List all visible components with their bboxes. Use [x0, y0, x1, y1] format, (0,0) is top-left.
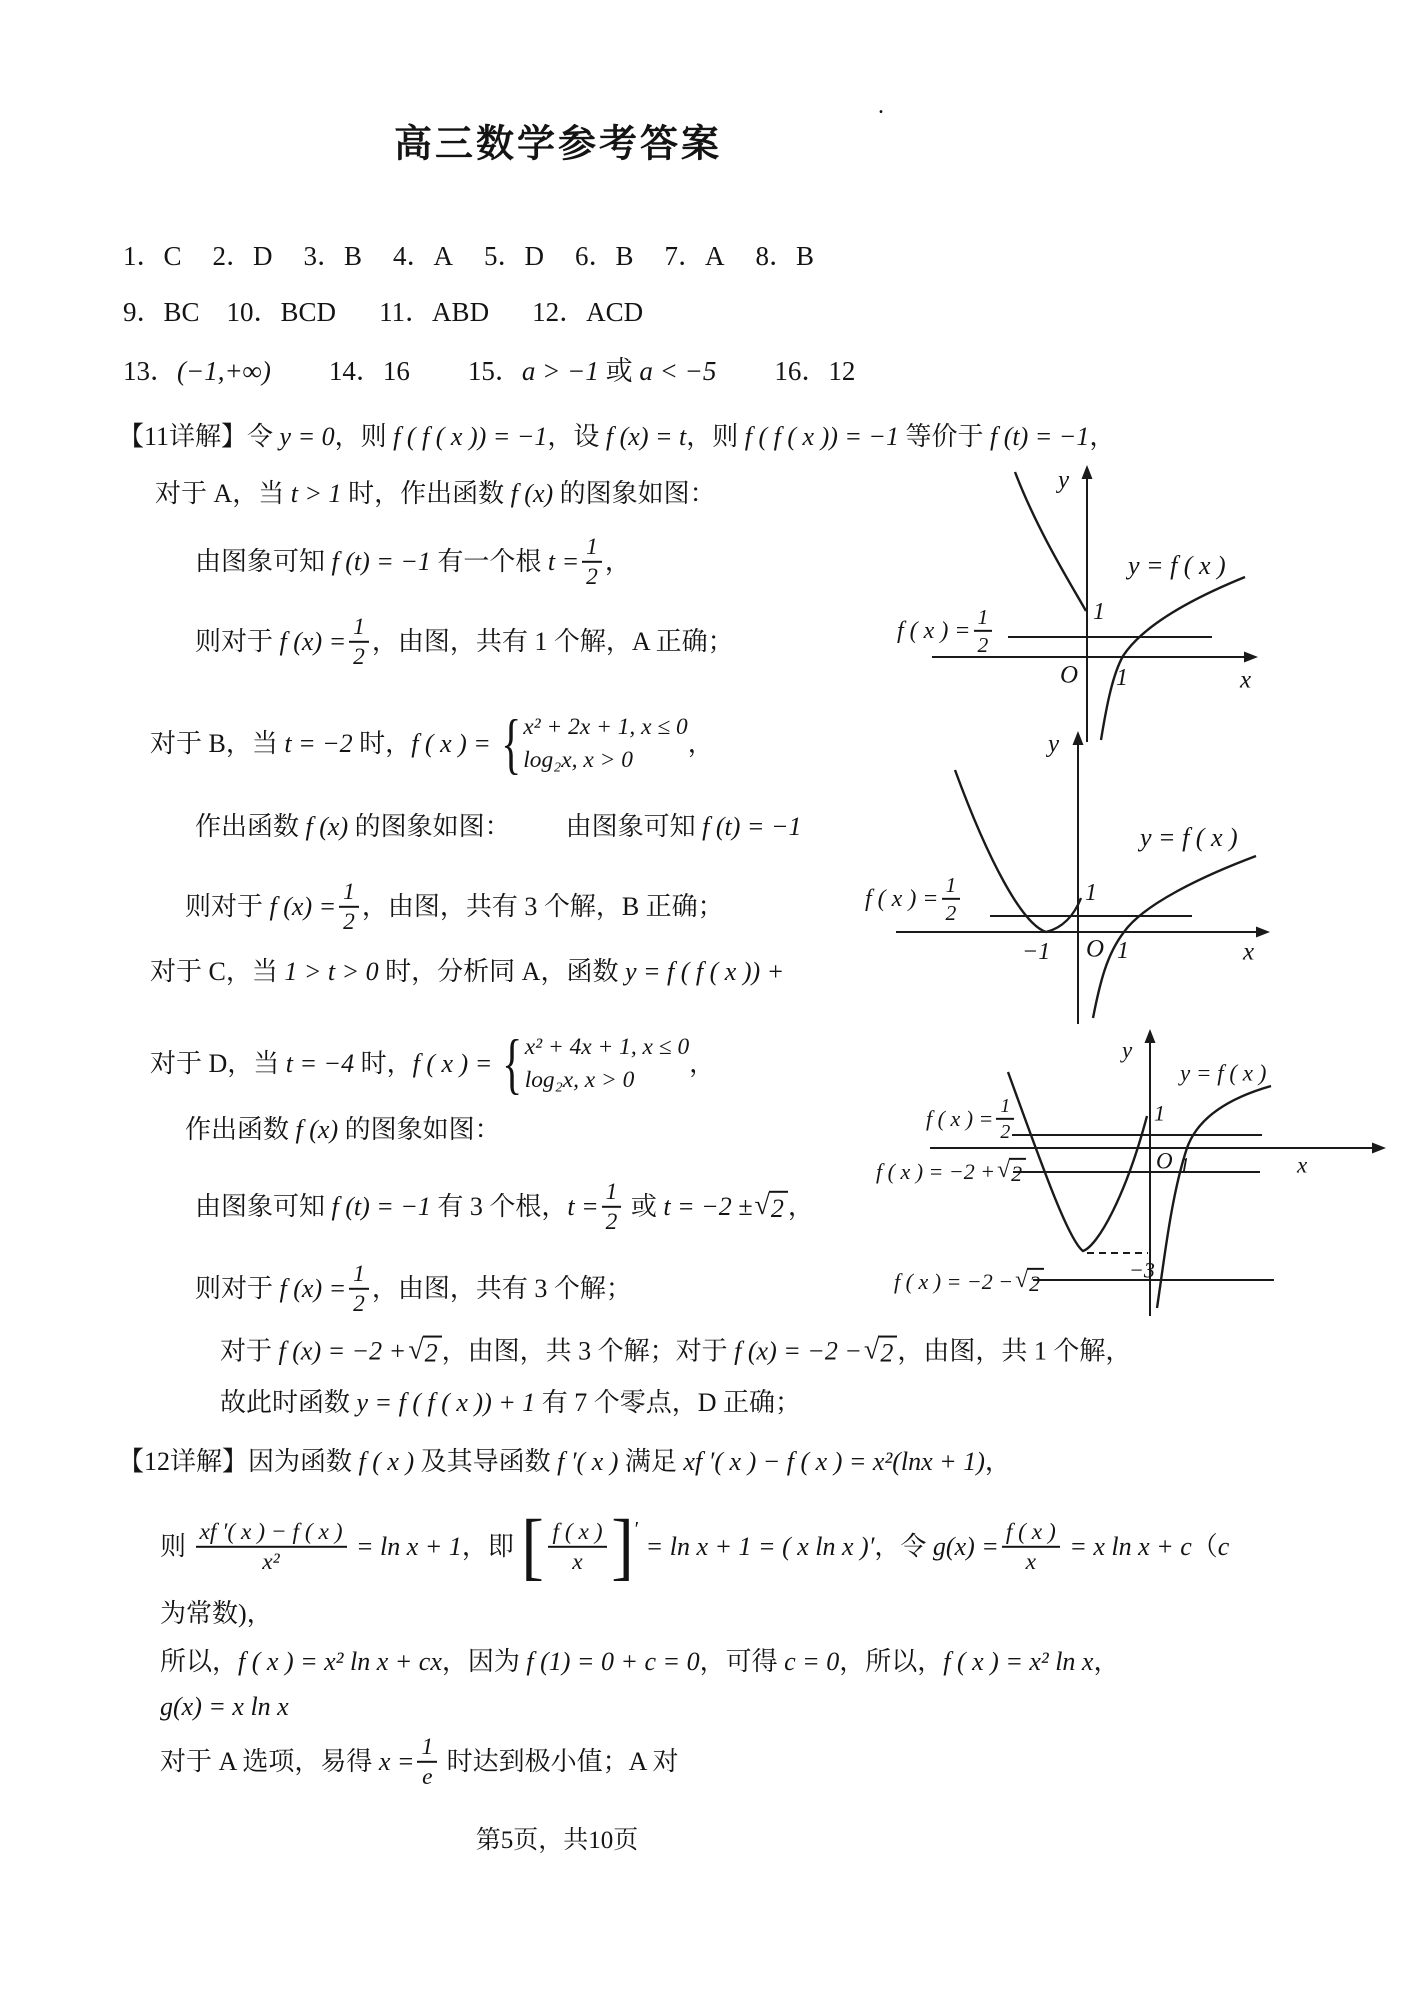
fig2-label-halfline: f ( x ) =12 [865, 873, 963, 925]
answers-row-2: 9．BC10．BCD11．ABD12．ACD [123, 296, 643, 330]
fig3-label-x: x [1297, 1152, 1307, 1181]
fig3-label-origin: O [1156, 1148, 1173, 1177]
fig1-label-x: x [1240, 664, 1251, 695]
page-footer: 第5页，共10页 [476, 1820, 639, 1856]
fig3-label-y: y [1122, 1037, 1132, 1066]
sol12-line-3: 为常数)， [160, 1598, 273, 1631]
fig3-label-1-yaxis: 1 [1154, 1099, 1165, 1127]
sol11-line-10: 作出函数 f (x) 的图象如图： [185, 1114, 501, 1147]
fig3-label-minus3: −3 [1129, 1256, 1155, 1284]
fig1-left-branch-curve [1015, 472, 1086, 611]
sol11-line-11: 由图象可知 f (t) = −1 有 3 个根，t =12 或 t = −2 ±… [195, 1179, 814, 1235]
fig2-label-1-xaxis: 1 [1117, 936, 1129, 966]
answers-row-1: 1．C2．D3．B4．A5．D6．B7．A8．B [123, 240, 814, 274]
fig1-label-halfline: f ( x ) =12 [897, 605, 995, 657]
sol11-line-2: 对于 A，当 t > 1 时，作出函数 f (x) 的图象如图： [155, 478, 716, 511]
sol11-line-4: 则对于 f (x) =12，由图，共有 1 个解，A 正确； [195, 614, 734, 670]
page-title: 高三数学参考答案 [394, 113, 722, 168]
answer-sheet-page: 高三数学参考答案 .1．C2．D3．B4．A5．D6．B7．A8．B9．BC10… [0, 0, 1414, 1996]
fig3-parabola-curve [1008, 1072, 1147, 1251]
sol12-line-4: 所以，f ( x ) = x² ln x + cx，因为 f (1) = 0 +… [160, 1646, 1119, 1679]
fig3-label-halfline: f ( x ) =12 [926, 1095, 1017, 1143]
fig3-label-curve: y = f ( x ) [1180, 1060, 1266, 1089]
sol12-line-6: 对于 A 选项，易得 x =1e 时达到极小值；A 对 [160, 1734, 678, 1790]
sol11-line-1: 【11详解】令 y = 0，则 f ( f ( x )) = −1，设 f (x… [118, 421, 1115, 454]
fig2-label-1-yaxis: 1 [1085, 878, 1097, 908]
answers-row-3: 13．(−1,+∞)14．1615．a > −1 或 a < −516．12 [123, 355, 855, 389]
sol12-line-2: 则 xf ′( x ) − f ( x )x² = ln x + 1，即 [f … [160, 1519, 1229, 1575]
fig3-label-m2m-line: f ( x ) = −2 −√2 [894, 1268, 1044, 1296]
fig2-parabola-curve [955, 770, 1081, 932]
fig1-label-1-xaxis: 1 [1116, 663, 1128, 693]
fig1-label-1-yaxis: 1 [1093, 597, 1105, 627]
fig2-label-minus1: −1 [1022, 937, 1050, 967]
fig2-label-x: x [1243, 936, 1254, 967]
sol11-line-7: 则对于 f (x) =12，由图，共有 3 个解，B 正确； [185, 879, 724, 935]
sol11-line-5: 对于 B，当 t = −2 时，f ( x ) ={x² + 2x + 1, x… [150, 714, 714, 774]
fig1-label-origin: O [1060, 659, 1078, 690]
sol11-line-6: 作出函数 f (x) 的图象如图：由图象可知 f (t) = −1 [195, 811, 802, 844]
sol11-line-9: 对于 D，当 t = −4 时，f ( x ) ={x² + 4x + 1, x… [150, 1034, 715, 1094]
sol11-line-12: 则对于 f (x) =12，由图，共有 3 个解； [195, 1261, 632, 1317]
sol11-line-14: 故此时函数 y = f ( f ( x )) + 1 有 7 个零点，D 正确； [220, 1387, 801, 1420]
fig2-label-origin: O [1086, 933, 1104, 964]
sol11-line-3: 由图象可知 f (t) = −1 有一个根 t =12， [195, 534, 631, 590]
fig3-label-m2p-line: f ( x ) = −2 +√2 [876, 1158, 1026, 1186]
stray-dot: . [878, 91, 884, 121]
fig2-label-curve: y = f ( x ) [1140, 822, 1238, 855]
sol12-line-5: g(x) = x ln x [160, 1691, 289, 1724]
fig3-label-1-xaxis: 1 [1179, 1151, 1190, 1179]
figure-option-a-graph [880, 460, 1300, 745]
fig1-log-curve [1101, 577, 1245, 740]
fig1-label-curve: y = f ( x ) [1128, 550, 1226, 583]
sol11-line-13: 对于 f (x) = −2 +√2，由图，共 3 个解；对于 f (x) = −… [220, 1336, 1131, 1369]
sol12-line-1: 【12详解】因为函数 f ( x ) 及其导函数 f ′( x ) 满足 xf … [118, 1446, 1011, 1479]
sol11-line-8: 对于 C，当 1 > t > 0 时，分析同 A，函数 y = f ( f ( … [150, 956, 784, 989]
fig3-log-curve [1157, 1086, 1271, 1308]
fig1-label-y: y [1058, 464, 1069, 495]
fig2-label-y: y [1048, 728, 1059, 759]
